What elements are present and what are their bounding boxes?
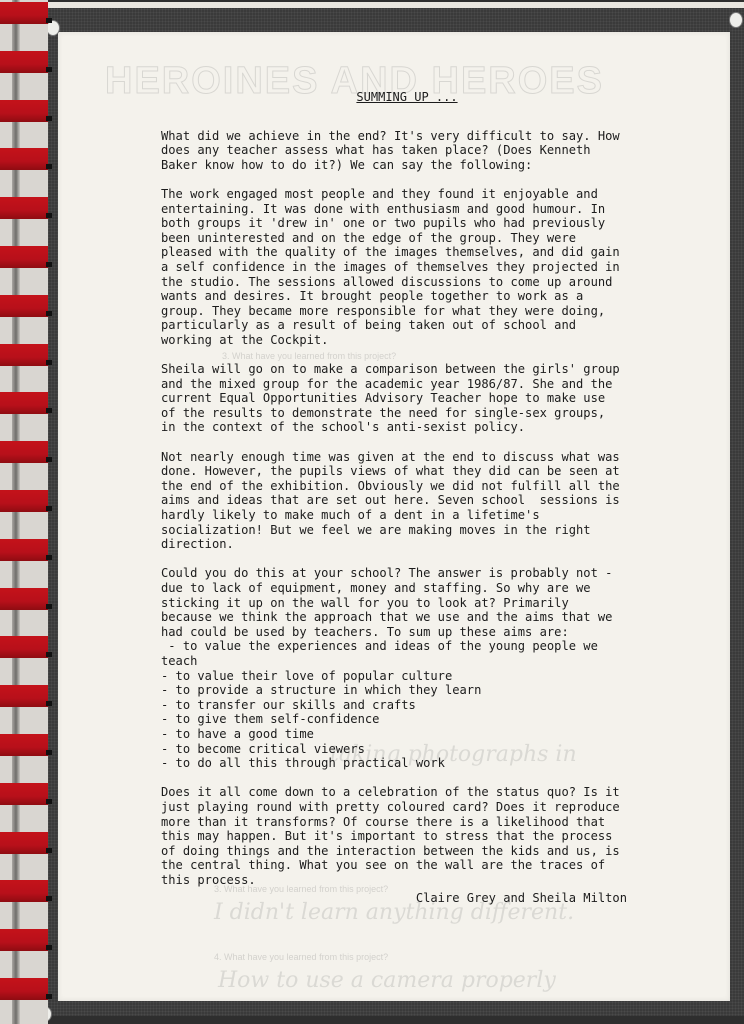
spiral-coil-icon <box>0 783 48 805</box>
spiral-coil-icon <box>0 685 48 707</box>
spiral-binding <box>0 0 48 1024</box>
spiral-coil-icon <box>0 100 48 122</box>
spiral-coil-icon <box>0 392 48 414</box>
aims-list: - to value the experiences and ideas of … <box>161 639 641 770</box>
scanned-page: HEROINES AND HEROES 3. What have you lea… <box>0 0 744 1024</box>
document-title: SUMMING UP ... <box>161 90 641 105</box>
spiral-coil-icon <box>0 148 48 170</box>
paragraph-outcomes: The work engaged most people and they fo… <box>161 187 641 348</box>
spiral-coil-icon <box>0 441 48 463</box>
spiral-coil-icon <box>0 197 48 219</box>
paragraph-closing: Does it all come down to a celebration o… <box>161 785 641 887</box>
aims-list-item: - to value their love of popular culture <box>161 669 641 684</box>
spiral-coil-icon <box>0 929 48 951</box>
paragraph-comparison: Sheila will go on to make a comparison b… <box>161 362 641 435</box>
aims-list-item: - to have a good time <box>161 727 641 742</box>
spiral-coil-icon <box>0 734 48 756</box>
spiral-coil-icon <box>0 832 48 854</box>
paragraph-intro: What did we achieve in the end? It's ver… <box>161 129 641 173</box>
binding-hole-icon <box>729 12 743 28</box>
spiral-coil-icon <box>0 295 48 317</box>
spiral-coil-icon <box>0 344 48 366</box>
spiral-coil-icon <box>0 588 48 610</box>
document-body: SUMMING UP ... What did we achieve in th… <box>161 90 641 906</box>
spiral-coil-icon <box>0 2 48 24</box>
spiral-coil-icon <box>0 880 48 902</box>
author-signature: Claire Grey and Sheila Milton <box>161 891 641 906</box>
spiral-coil-icon <box>0 490 48 512</box>
aims-list-item: - to give them self-confidence <box>161 712 641 727</box>
spiral-coil-icon <box>0 978 48 1000</box>
aims-list-item: - to become critical viewers <box>161 742 641 757</box>
spiral-coil-icon <box>0 246 48 268</box>
aims-list-item: - to transfer our skills and crafts <box>161 698 641 713</box>
aims-list-item: - to provide a structure in which they l… <box>161 683 641 698</box>
paragraph-limitations: Not nearly enough time was given at the … <box>161 450 641 552</box>
aims-list-item: - to do all this through practical work <box>161 756 641 771</box>
paragraph-aims-intro: Could you do this at your school? The an… <box>161 566 641 639</box>
spiral-coil-icon <box>0 636 48 658</box>
aims-list-item: - to value the experiences and ideas of … <box>161 639 641 668</box>
spiral-coil-icon <box>0 539 48 561</box>
spiral-coil-icon <box>0 51 48 73</box>
